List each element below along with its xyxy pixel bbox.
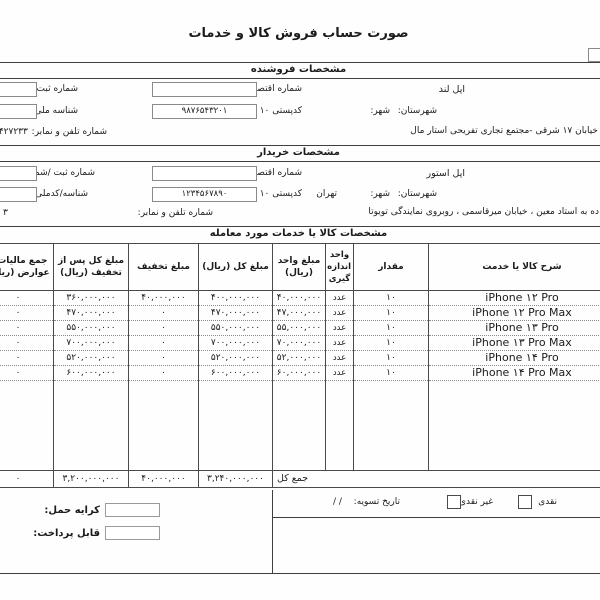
item-qty: ۱۰ (354, 336, 429, 351)
item-unit: عدد (326, 366, 354, 381)
item-tax: ۰ (0, 306, 54, 321)
item-total: ۵۲۰,۰۰۰,۰۰۰ (199, 351, 273, 366)
item-desc: iPhone ۱۳ Pro Max (429, 336, 600, 351)
item-unit: عدد (326, 291, 354, 306)
item-desc: iPhone ۱۲ Pro (429, 291, 600, 306)
item-total: ۴۰۰,۰۰۰,۰۰۰ (199, 291, 273, 306)
seller-section-title: مشخصات فروشنده (0, 64, 600, 75)
item-discount: ۰ (129, 351, 199, 366)
buyer-postal-input[interactable]: ۱۲۳۴۵۶۷۸۹۰ (152, 187, 257, 202)
col-tax: جمع مالیات و عوارض (ریال) (0, 244, 54, 291)
buyer-national-input[interactable] (0, 187, 37, 202)
col-after-discount: مبلغ کل پس از تخفیف (ریال) (54, 244, 129, 291)
item-unit: عدد (326, 306, 354, 321)
item-desc: iPhone ۱۴ Pro Max (429, 366, 600, 381)
grand-total-row: جمع کل ۳,۲۴۰,۰۰۰,۰۰۰ ۴۰,۰۰۰,۰۰۰ ۳,۲۰۰,۰۰… (0, 471, 600, 488)
col-desc: شرح کالا یا خدمت (429, 244, 600, 291)
item-tax: ۰ (0, 321, 54, 336)
item-qty: ۱۰ (354, 291, 429, 306)
item-discount: ۴۰,۰۰۰,۰۰۰ (129, 291, 199, 306)
page-title: صورت حساب فروش کالا و خدمات (0, 26, 600, 41)
item-after-discount: ۵۵۰,۰۰۰,۰۰۰ (54, 321, 129, 336)
empty-rows-area (0, 381, 600, 471)
col-unit-price: مبلغ واحد (ریال) (273, 244, 326, 291)
seller-postal-value: ۹۸۷۶۵۴۳۲۰۱ (153, 105, 256, 118)
item-unit-price: ۴۰,۰۰۰,۰۰۰ (273, 291, 326, 306)
item-unit: عدد (326, 321, 354, 336)
seller-county-label: شهرستان: (398, 106, 437, 116)
seller-economic-input[interactable] (152, 82, 257, 97)
item-after-discount: ۴۷۰,۰۰۰,۰۰۰ (54, 306, 129, 321)
seller-address: خیابان ۱۷ شرقی -مجتمع تجاری تفریحی استار… (410, 126, 598, 136)
divider (0, 62, 600, 63)
items-table: شرح کالا یا خدمت مقدار واحد اندازه گیری … (0, 243, 600, 488)
item-discount: ۰ (129, 336, 199, 351)
item-after-discount: ۷۰۰,۰۰۰,۰۰۰ (54, 336, 129, 351)
settlement-date-value: / / (333, 497, 342, 507)
seller-phone-label: شماره تلفن و نمابر: (32, 127, 107, 137)
item-row: iPhone ۱۳ Pro ۱۰ عدد ۵۵,۰۰۰,۰۰۰ ۵۵۰,۰۰۰,… (0, 321, 600, 336)
item-unit-price: ۵۲,۰۰۰,۰۰۰ (273, 351, 326, 366)
col-unit: واحد اندازه گیری (326, 244, 354, 291)
item-unit-price: ۷۰,۰۰۰,۰۰۰ (273, 336, 326, 351)
item-after-discount: ۵۲۰,۰۰۰,۰۰۰ (54, 351, 129, 366)
buyer-postal-value: ۱۲۳۴۵۶۷۸۹۰ (153, 188, 256, 201)
divider (272, 490, 273, 573)
buyer-address: ده به استاد معین ، خیابان میرقاسمی ، روب… (368, 207, 599, 217)
buyer-name: اپل استور (427, 168, 465, 179)
item-total: ۷۰۰,۰۰۰,۰۰۰ (199, 336, 273, 351)
item-total: ۵۵۰,۰۰۰,۰۰۰ (199, 321, 273, 336)
buyer-registration-input[interactable] (0, 166, 37, 181)
item-unit: عدد (326, 351, 354, 366)
item-after-discount: ۶۰۰,۰۰۰,۰۰۰ (54, 366, 129, 381)
col-discount: مبلغ تخفیف (129, 244, 199, 291)
item-qty: ۱۰ (354, 306, 429, 321)
freight-label: کرایه حمل: (44, 505, 100, 516)
item-total: ۶۰۰,۰۰۰,۰۰۰ (199, 366, 273, 381)
buyer-county-label: شهرستان: (398, 189, 437, 199)
item-desc: iPhone ۱۲ Pro Max (429, 306, 600, 321)
item-row: iPhone ۱۲ Pro Max ۱۰ عدد ۴۷,۰۰۰,۰۰۰ ۴۷۰,… (0, 306, 600, 321)
item-after-discount: ۳۶۰,۰۰۰,۰۰۰ (54, 291, 129, 306)
item-qty: ۱۰ (354, 351, 429, 366)
item-qty: ۱۰ (354, 366, 429, 381)
noncash-checkbox[interactable] (447, 495, 461, 509)
item-row: iPhone ۱۴ Pro ۱۰ عدد ۵۲,۰۰۰,۰۰۰ ۵۲۰,۰۰۰,… (0, 351, 600, 366)
payable-label: قابل پرداخت: (33, 528, 100, 539)
seller-name: اپل لند (439, 84, 465, 95)
item-discount: ۰ (129, 306, 199, 321)
divider (0, 78, 600, 79)
divider (0, 145, 600, 146)
item-discount: ۰ (129, 321, 199, 336)
seller-national-input[interactable] (0, 104, 37, 119)
seller-postal-input[interactable]: ۹۸۷۶۵۴۳۲۰۱ (152, 104, 257, 119)
seller-registration-label: شماره ثبت: (34, 84, 79, 94)
item-unit-price: ۵۵,۰۰۰,۰۰۰ (273, 321, 326, 336)
cash-checkbox[interactable] (518, 495, 532, 509)
settlement-date-label: تاریخ تسویه: (354, 497, 400, 507)
items-header-row: شرح کالا یا خدمت مقدار واحد اندازه گیری … (0, 244, 600, 291)
items-section-title: مشخصات کالا یا خدمات مورد معامله (0, 228, 600, 239)
divider (0, 226, 600, 227)
buyer-section-title: مشخصات خریدار (0, 147, 600, 158)
item-tax: ۰ (0, 351, 54, 366)
item-tax: ۰ (0, 366, 54, 381)
divider (0, 573, 600, 574)
buyer-national-label: شناسه/کدملی: (32, 189, 88, 199)
buyer-city-label: شهر: (370, 189, 390, 199)
item-unit-price: ۴۷,۰۰۰,۰۰۰ (273, 306, 326, 321)
item-tax: ۰ (0, 291, 54, 306)
buyer-economic-input[interactable] (152, 166, 257, 181)
item-row: iPhone ۱۲ Pro ۱۰ عدد ۴۰,۰۰۰,۰۰۰ ۴۰۰,۰۰۰,… (0, 291, 600, 306)
payable-input[interactable] (105, 526, 160, 540)
item-row: iPhone ۱۳ Pro Max ۱۰ عدد ۷۰,۰۰۰,۰۰۰ ۷۰۰,… (0, 336, 600, 351)
seller-phone-value: ۸۴۲۷۲۳۳ (0, 127, 28, 137)
grand-total-after-discount: ۳,۲۰۰,۰۰۰,۰۰۰ (54, 471, 129, 488)
item-desc: iPhone ۱۳ Pro (429, 321, 600, 336)
item-unit-price: ۶۰,۰۰۰,۰۰۰ (273, 366, 326, 381)
grand-total-amount: ۳,۲۴۰,۰۰۰,۰۰۰ (199, 471, 273, 488)
seller-registration-input[interactable] (0, 82, 37, 97)
noncash-label: غیر نقدی (459, 497, 493, 507)
seller-city-label: شهر: (370, 106, 390, 116)
invoice-sheet: صورت حساب فروش کالا و خدمات مشخصات فروشن… (0, 0, 600, 600)
cash-label: نقدی (538, 497, 557, 507)
buyer-phone-label: شماره تلفن و نمابر: (138, 208, 213, 218)
item-total: ۴۷۰,۰۰۰,۰۰۰ (199, 306, 273, 321)
item-desc: iPhone ۱۴ Pro (429, 351, 600, 366)
item-qty: ۱۰ (354, 321, 429, 336)
item-tax: ۰ (0, 336, 54, 351)
serial-box[interactable] (588, 48, 600, 62)
divider (0, 161, 600, 162)
item-row: iPhone ۱۴ Pro Max ۱۰ عدد ۶۰,۰۰۰,۰۰۰ ۶۰۰,… (0, 366, 600, 381)
buyer-city-value: تهران (316, 189, 337, 199)
buyer-phone-value: ۳ (3, 208, 8, 218)
item-discount: ۰ (129, 366, 199, 381)
col-total: مبلغ کل (ریال) (199, 244, 273, 291)
freight-input[interactable] (105, 503, 160, 517)
grand-total-discount: ۴۰,۰۰۰,۰۰۰ (129, 471, 199, 488)
item-unit: عدد (326, 336, 354, 351)
grand-total-tax: ۰ (0, 471, 54, 488)
col-qty: مقدار (354, 244, 429, 291)
invoice-page: صورت حساب فروش کالا و خدمات مشخصات فروشن… (0, 0, 600, 600)
grand-total-label: جمع کل (273, 471, 600, 488)
divider (272, 517, 600, 518)
